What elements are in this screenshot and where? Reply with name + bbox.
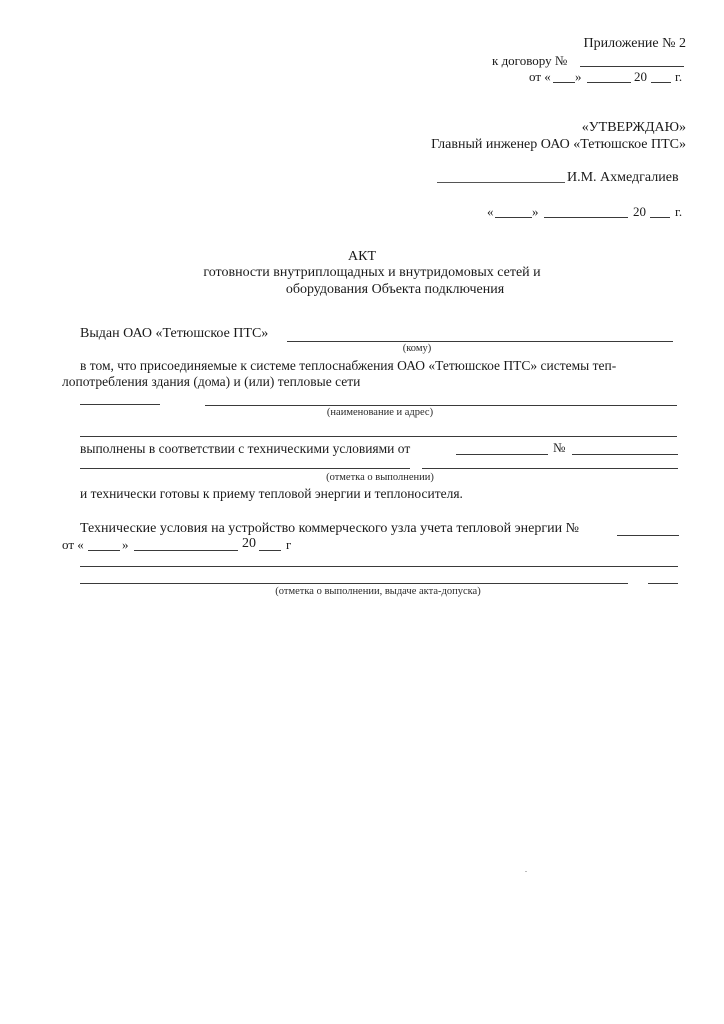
appendix-label: Приложение № 2 xyxy=(584,37,687,51)
readiness-text: и технически готовы к приему тепловой эн… xyxy=(80,487,463,501)
contract-year-field xyxy=(651,82,671,83)
contract-number-label: к договору № xyxy=(492,54,567,67)
compliance-text: выполнены в соответствии с техническими … xyxy=(80,442,410,456)
document-title: АКТ xyxy=(0,250,724,264)
final-field-c xyxy=(648,583,678,584)
approval-year-suffix: г. xyxy=(675,205,682,218)
meter-date-prefix: от « xyxy=(62,538,84,551)
approval-year-field xyxy=(650,217,670,218)
recipient-caption: (кому) xyxy=(287,344,547,355)
tech-conditions-number-field xyxy=(572,454,678,455)
document-subtitle-line2: оборудования Объекта подключения xyxy=(0,283,724,297)
completion-field-a xyxy=(80,468,410,469)
signatory-name: И.М. Ахмедгалиев xyxy=(567,171,679,185)
contract-number-field xyxy=(580,66,684,67)
approval-stamp: «УТВЕРЖДАЮ» xyxy=(582,121,686,135)
meter-month-field xyxy=(134,550,238,551)
recipient-field xyxy=(287,341,673,342)
approval-month-field xyxy=(544,217,628,218)
meter-year: 20 xyxy=(242,537,256,551)
issued-by-label: Выдан ОАО «Тетюшское ПТС» xyxy=(80,327,268,341)
scan-artifact xyxy=(525,871,527,872)
signature-field xyxy=(437,182,565,183)
contract-year: 20 xyxy=(634,70,647,83)
contract-day-field xyxy=(553,82,575,83)
final-field-a xyxy=(80,566,678,567)
approval-day-field xyxy=(495,217,532,218)
object-name-field-a xyxy=(80,404,160,405)
approval-date-close: » xyxy=(532,205,539,218)
final-caption: (отметка о выполнении, выдаче акта-допус… xyxy=(240,587,516,598)
final-field-b xyxy=(80,583,628,584)
name-address-caption: (наименование и адрес) xyxy=(287,408,473,419)
tech-conditions-no-label: № xyxy=(553,441,565,454)
meter-date-mid: » xyxy=(122,538,129,551)
object-name-field-b xyxy=(205,405,677,406)
meter-day-field xyxy=(88,550,120,551)
meter-conditions-number-field xyxy=(617,535,679,536)
meter-conditions-text: Технические условия на устройство коммер… xyxy=(80,522,579,536)
contract-date-prefix: от « xyxy=(529,70,551,83)
approval-date-open: « xyxy=(487,205,494,218)
paragraph1-line1: в том, что присоединяемые к системе тепл… xyxy=(80,359,616,373)
completion-caption: (отметка о выполнении) xyxy=(280,473,480,484)
contract-date-mid: » xyxy=(575,70,582,83)
object-name-field-c xyxy=(80,436,677,437)
completion-field-b xyxy=(422,468,678,469)
meter-year-suffix: г xyxy=(286,538,291,551)
paragraph1-line2: лопотребления здания (дома) и (или) тепл… xyxy=(62,375,360,389)
contract-month-field xyxy=(587,82,631,83)
approval-position: Главный инженер ОАО «Тетюшское ПТС» xyxy=(431,138,686,152)
tech-conditions-date-field xyxy=(456,454,548,455)
document-subtitle-line1: готовности внутриплощадных и внутридомов… xyxy=(0,266,724,280)
contract-year-suffix: г. xyxy=(675,70,682,83)
meter-year-field xyxy=(259,550,281,551)
approval-year: 20 xyxy=(633,205,646,218)
